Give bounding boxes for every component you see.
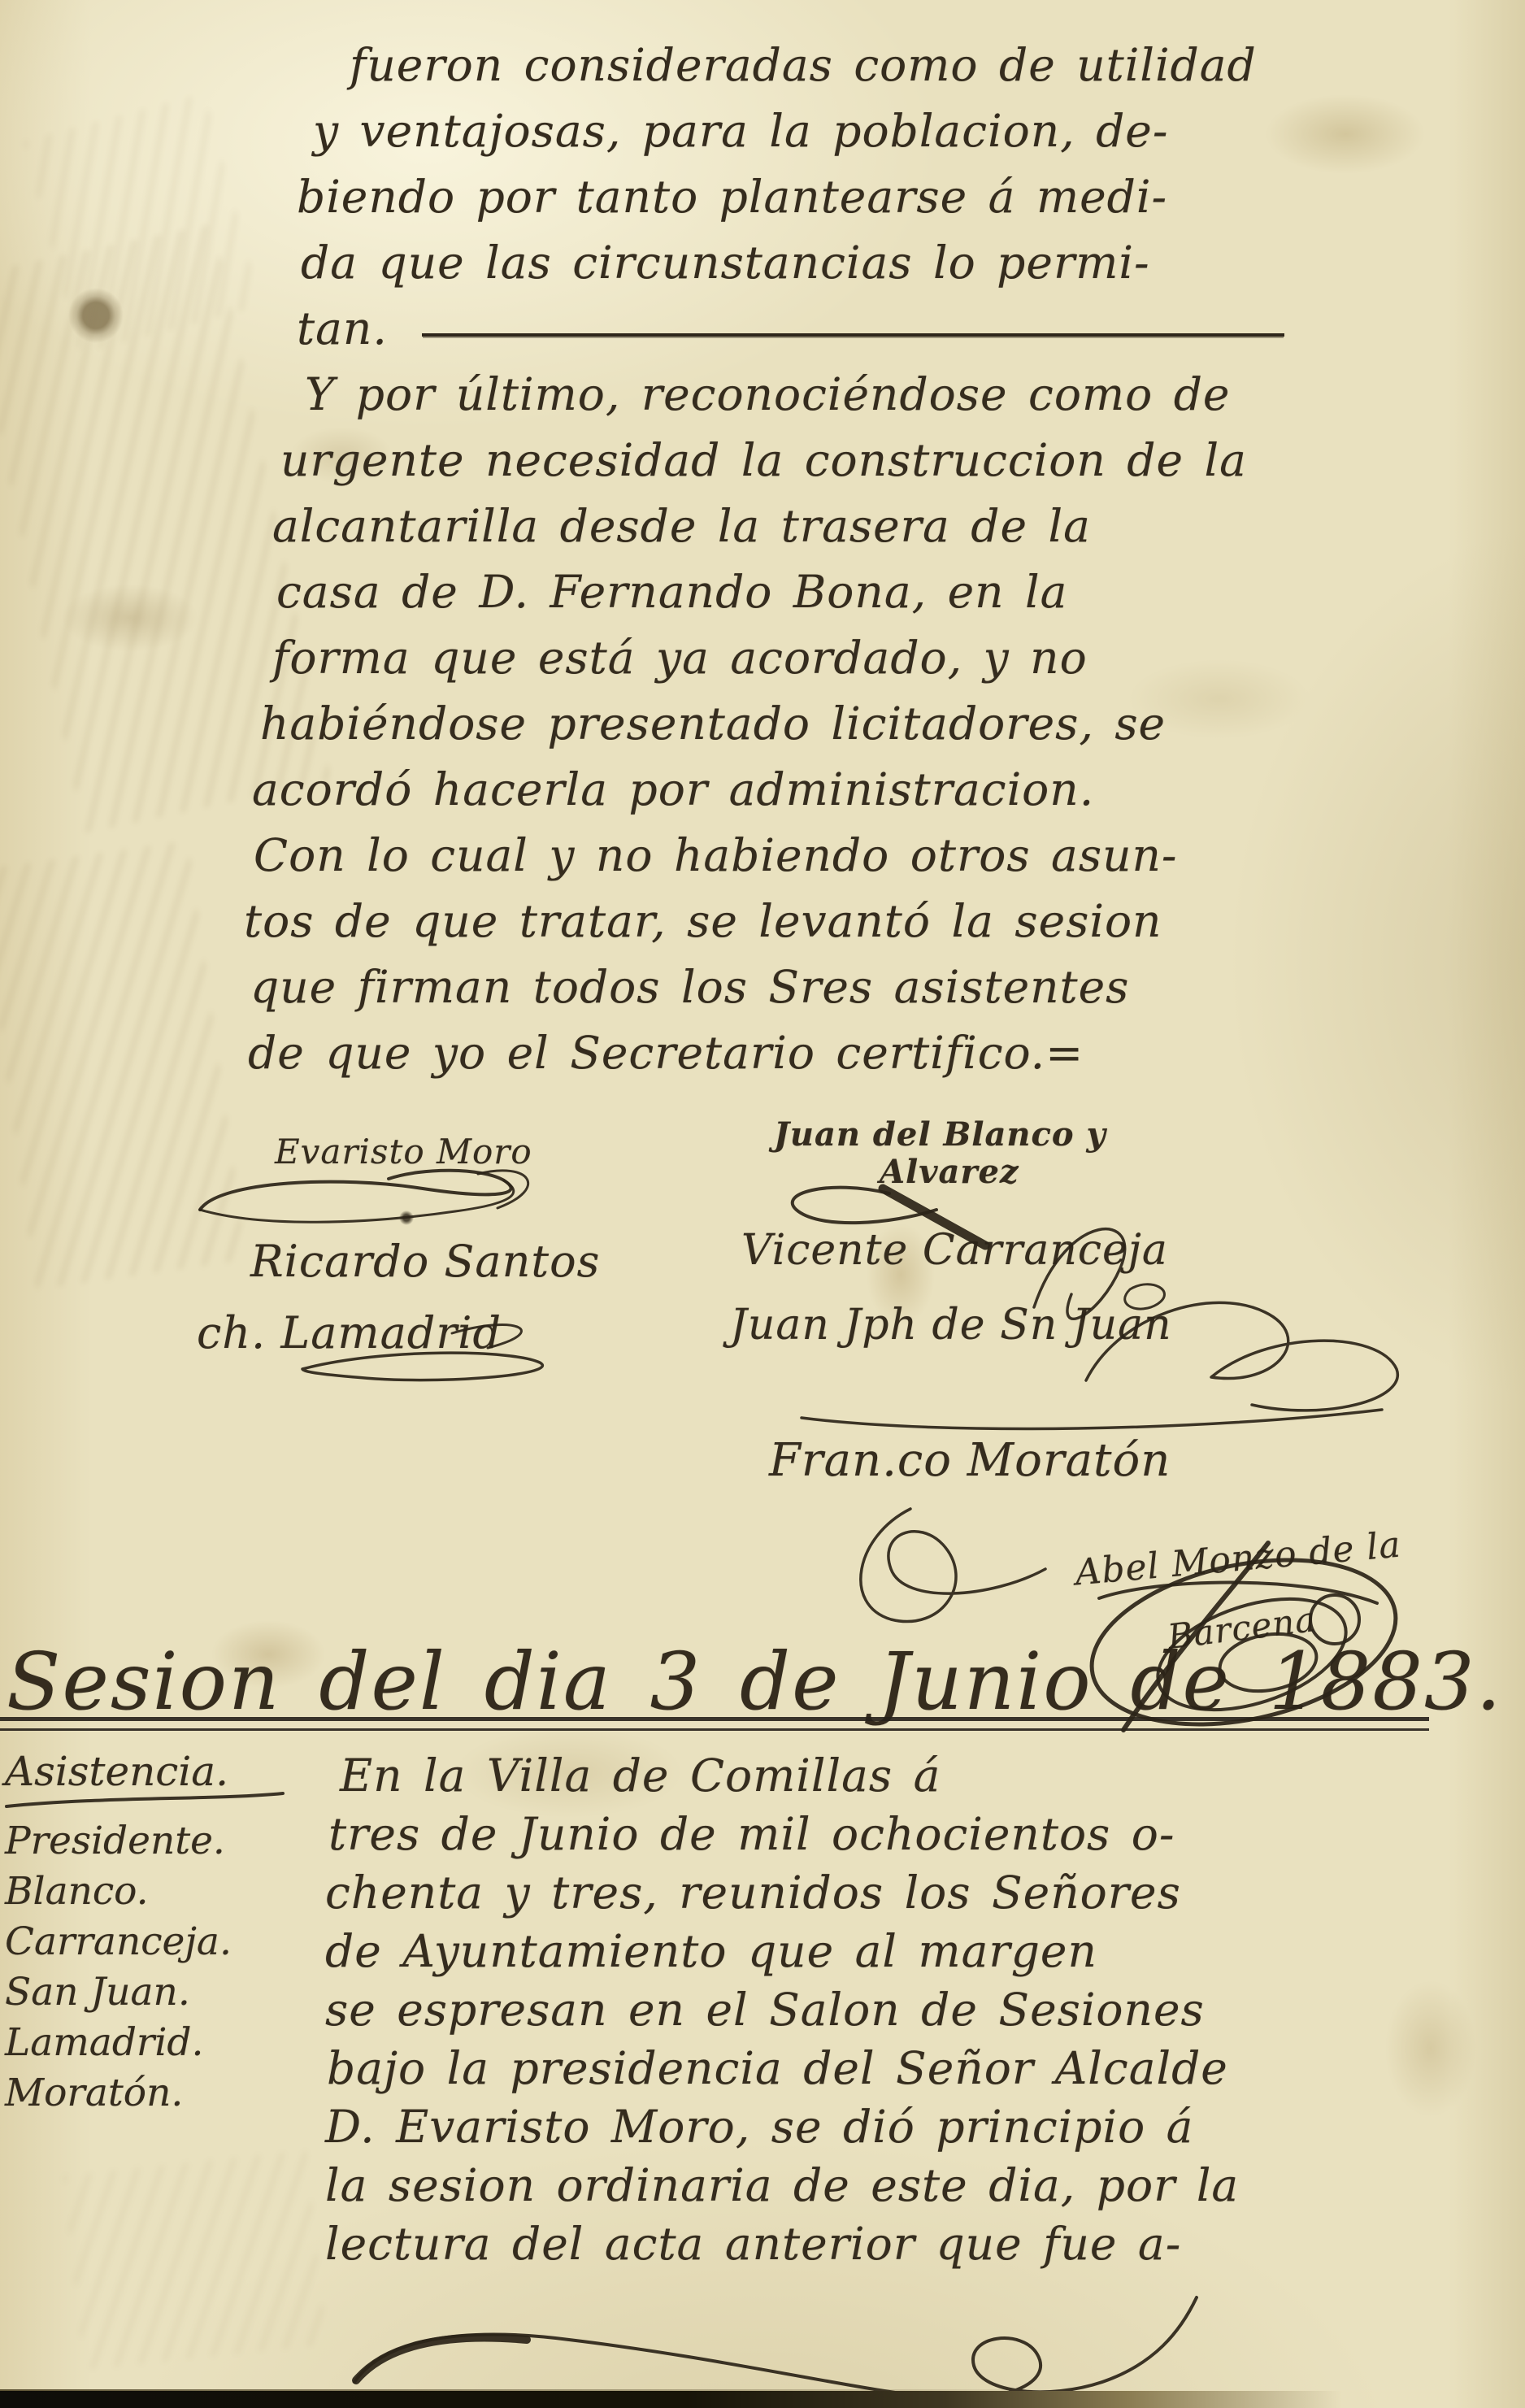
manuscript-line: que firman todos los Sres asistentes bbox=[244, 954, 1284, 1020]
attendance-item: Presidente. bbox=[5, 1816, 314, 1867]
manuscript-line: la sesion ordinaria de este dia, por la bbox=[325, 2156, 1366, 2215]
manuscript-line-text: tan. bbox=[297, 296, 388, 362]
manuscript-line: tres de Junio de mil ochocientos o- bbox=[325, 1805, 1366, 1863]
ink-bleedthrough bbox=[63, 2150, 326, 2370]
manuscript-line: da que las circunstancias lo permi- bbox=[244, 230, 1284, 296]
manuscript-line: chenta y tres, reunidos los Señores bbox=[325, 1863, 1366, 1922]
manuscript-line: Y por último, reconociéndose como de bbox=[244, 362, 1284, 428]
manuscript-line: de Ayuntamiento que al margen bbox=[325, 1922, 1366, 1980]
signature-ricardo-santos: Ricardo Santos bbox=[250, 1236, 600, 1287]
rubrica-moro bbox=[478, 1171, 528, 1208]
manuscript-line: y ventajosas, para la poblacion, de- bbox=[244, 98, 1284, 164]
manuscript-line: D. Evaristo Moro, se dió principio á bbox=[325, 2097, 1366, 2156]
rubrica-moraton bbox=[861, 1509, 1045, 1622]
manuscript-line: Con lo cual y no habiendo otros asun- bbox=[244, 823, 1284, 889]
attendance-item: Moratón. bbox=[5, 2068, 314, 2119]
ink-bleedthrough bbox=[24, 93, 261, 354]
signature-abel-monzo-barcena: Abel Monzo de la bbox=[1074, 1524, 1403, 1594]
session-heading: Sesion del dia 3 de Junio de 1883. bbox=[7, 1636, 1502, 1728]
manuscript-line: urgente necesidad la construccion de la bbox=[244, 428, 1284, 493]
scan-bottom-edge bbox=[0, 2391, 1525, 2408]
rubrica-blanco bbox=[793, 1188, 936, 1224]
signature-vicente-carranceja: Vicente Carranceja bbox=[741, 1226, 1168, 1275]
manuscript-line: fueron consideradas como de utilidad bbox=[244, 33, 1284, 98]
manuscript-line: casa de D. Fernando Bona, en la bbox=[244, 559, 1284, 625]
signature-juan-del-blanco: Juan del Blanco y bbox=[774, 1115, 1106, 1154]
manuscript-line: bajo la presidencia del Señor Alcalde bbox=[325, 2039, 1366, 2097]
attendance-item: Carranceja. bbox=[5, 1917, 314, 1967]
manuscript-line: biendo por tanto plantearse á medi- bbox=[244, 164, 1284, 230]
session-heading-double-rule bbox=[0, 1717, 1429, 1731]
manuscript-line: alcantarilla desde la trasera de la bbox=[244, 493, 1284, 559]
signature-juan-de-san-juan: Juan Jph de Sn Juan bbox=[730, 1301, 1172, 1350]
manuscript-page: fueron consideradas como de utilidad y v… bbox=[0, 0, 1525, 2408]
manuscript-line: lectura del acta anterior que fue a- bbox=[325, 2215, 1366, 2273]
ink-bleedthrough bbox=[0, 841, 246, 1289]
manuscript-line: habiéndose presentado licitadores, se bbox=[244, 691, 1284, 757]
paragraph-end-rule bbox=[422, 333, 1284, 337]
attendance-item: Lamadrid. bbox=[5, 2018, 314, 2068]
signature-lamadrid: ch. Lamadrid bbox=[197, 1307, 502, 1358]
manuscript-line: tos de que tratar, se levantó la sesion bbox=[244, 889, 1284, 954]
manuscript-line: forma que está ya acordado, y no bbox=[244, 625, 1284, 691]
manuscript-line: se espresan en el Salon de Sesiones bbox=[325, 1980, 1366, 2039]
rubrica-moro bbox=[200, 1180, 514, 1222]
current-session-opening-paragraph: En la Villa de Comillas á tres de Junio … bbox=[325, 1746, 1366, 2273]
manuscript-line: acordó hacerla por administracion. bbox=[244, 757, 1284, 823]
bottom-page-flourish bbox=[356, 2337, 527, 2380]
signature-francisco-moraton: Fran.co Moratón bbox=[769, 1434, 1171, 1487]
rubrica-moro bbox=[200, 1171, 511, 1210]
manuscript-line: En la Villa de Comillas á bbox=[325, 1746, 1366, 1805]
attendance-margin-column: Asistencia. Presidente. Blanco. Carrance… bbox=[5, 1746, 314, 2119]
attendance-item: Blanco. bbox=[5, 1867, 314, 1917]
previous-session-closing-paragraph: fueron consideradas como de utilidad y v… bbox=[244, 33, 1284, 1086]
manuscript-line: tan. bbox=[244, 296, 1284, 362]
rubrica-san-juan bbox=[802, 1410, 1382, 1428]
attendance-item: San Juan. bbox=[5, 1967, 314, 2018]
signature-juan-del-blanco-line2: Alvarez bbox=[880, 1153, 1019, 1191]
manuscript-line: de que yo el Secretario certifico.= bbox=[244, 1020, 1284, 1086]
signature-evaristo-moro: Evaristo Moro bbox=[275, 1132, 532, 1171]
bottom-page-flourish bbox=[354, 2297, 1197, 2399]
attendance-title: Asistencia. bbox=[5, 1746, 314, 1797]
